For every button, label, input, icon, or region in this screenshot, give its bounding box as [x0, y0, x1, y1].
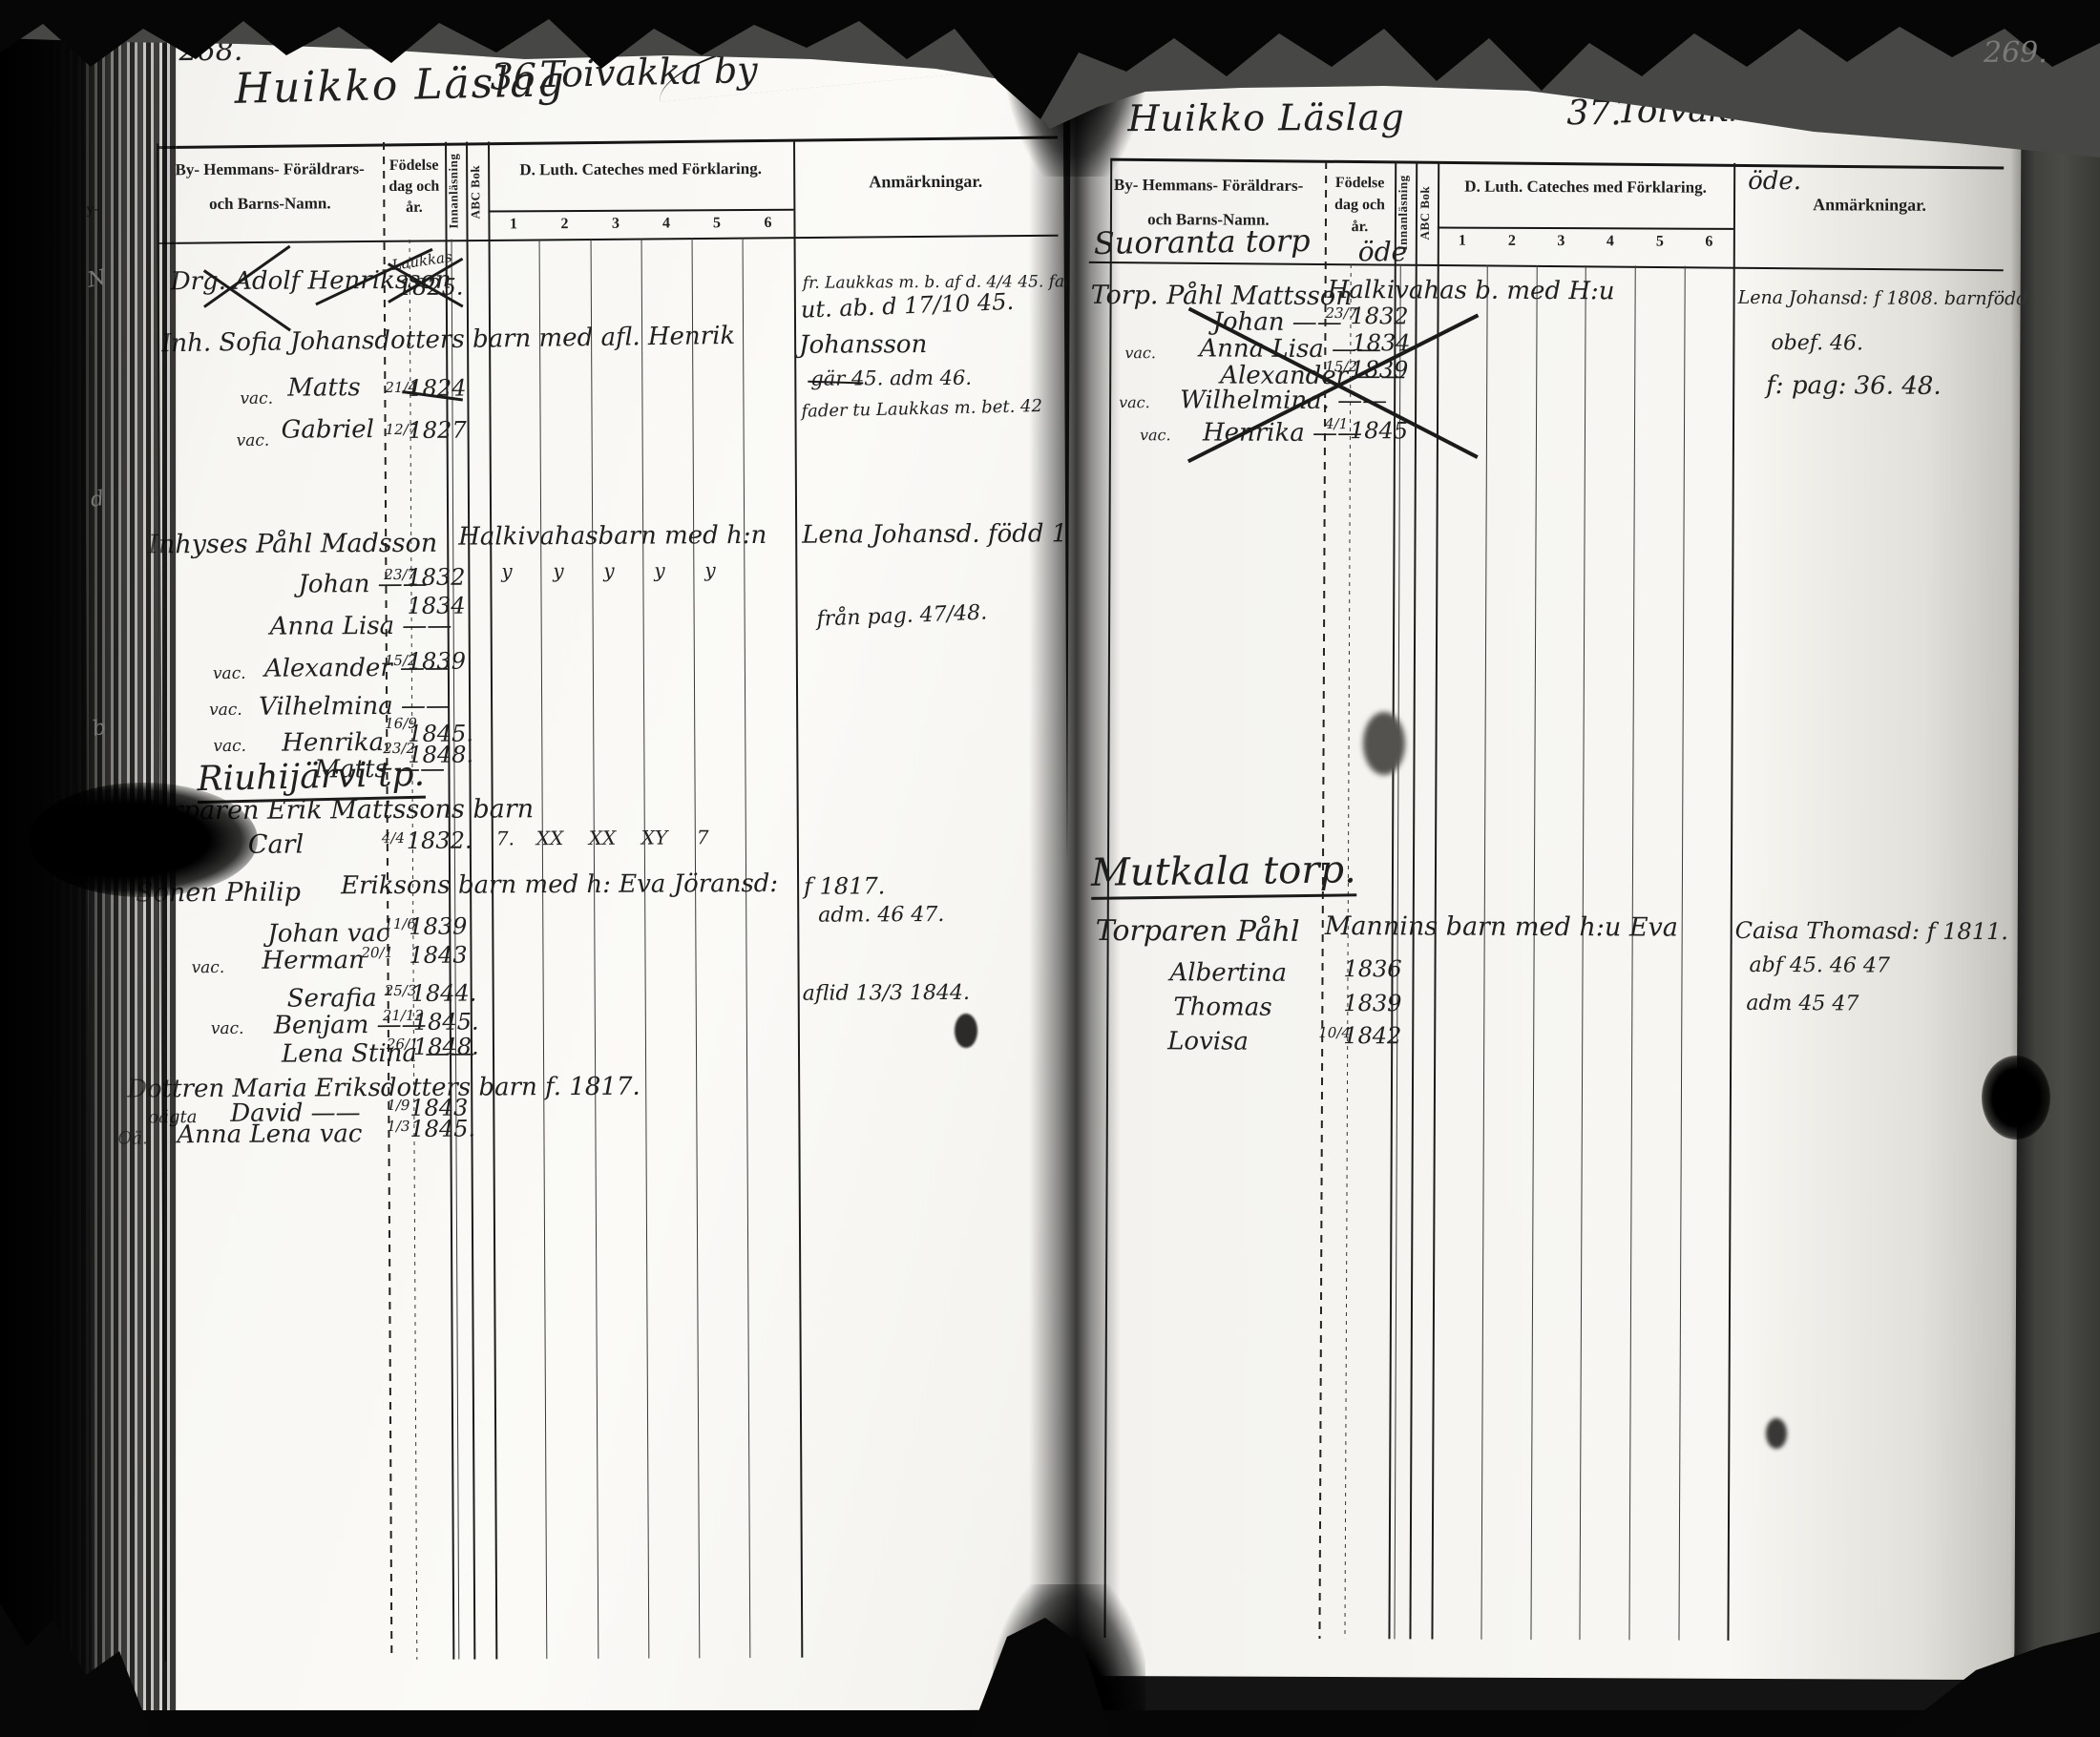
- birth-year: 1834: [407, 593, 465, 619]
- ink-smudge: [1766, 1418, 1787, 1449]
- remark-line: aflid 13/3 1844.: [803, 981, 970, 1006]
- catechism-mark: y: [704, 558, 715, 581]
- birth-year: 1842: [1343, 1022, 1401, 1049]
- catechism-mark: y: [654, 559, 664, 582]
- table-rule: [488, 141, 497, 1659]
- child-name: Matts: [287, 373, 361, 402]
- remark-line: f 1817.: [804, 872, 885, 899]
- catechism-col-1: 1: [488, 216, 538, 233]
- entry-continuation: Mannins barn med h:u Eva: [1325, 911, 1678, 943]
- catechism-mark: XX: [589, 827, 617, 849]
- child-prefix: vac.: [213, 737, 246, 756]
- catechism-col-4: 4: [640, 215, 691, 232]
- header-bottom-rule: [157, 235, 1059, 244]
- birth-year: 1839: [1350, 356, 1408, 383]
- remark-line: adm 45 47: [1746, 992, 1858, 1016]
- birth-year: 1844.: [411, 980, 477, 1007]
- table-rule: [1530, 265, 1537, 1640]
- page-number: 269.: [1984, 36, 2047, 70]
- birth-year: 1836: [1343, 955, 1401, 982]
- child-prefix: vac.: [240, 389, 273, 408]
- right-page: Huikko Läslag 37. Toivakka by By- Hemman…: [1063, 53, 2021, 1680]
- birth-year: 1832.: [407, 827, 472, 854]
- table-rule: [1431, 162, 1439, 1640]
- birth-year: 1839: [409, 913, 467, 940]
- remark-line: adm. 46 47.: [818, 903, 944, 928]
- entry-name: Torp. Påhl Mattsson: [1091, 281, 1353, 311]
- remark-line: abf 45. 46 47: [1749, 953, 1889, 978]
- remark-line: Caisa Thomasd: f 1811.: [1735, 917, 2008, 945]
- right-scan-edge: [2010, 0, 2100, 1737]
- header-bottom-rule: [1089, 262, 2004, 271]
- column-header-birth-3: år.: [383, 199, 445, 217]
- child-name: Anna Lena vac: [177, 1120, 362, 1149]
- catechism-col-2: 2: [538, 216, 590, 233]
- remark-line: från pag. 47/48.: [816, 601, 987, 632]
- entry-name: Torparen Påhl: [1096, 914, 1300, 949]
- child-name: Lovisa: [1167, 1027, 1249, 1056]
- child-name: Serafia: [287, 984, 377, 1013]
- child-prefix: vac.: [191, 958, 224, 977]
- table-rule: [539, 239, 548, 1659]
- birth-year: 1845.: [413, 1009, 479, 1036]
- section-note: Suoranta torp: [1094, 222, 1311, 262]
- entry-continuation: Halkivahas b. med H:u: [1328, 276, 1615, 305]
- table-rule: [1727, 163, 1735, 1641]
- table-rule: [1480, 265, 1487, 1640]
- birth-day: 4/1: [1325, 415, 1348, 432]
- catechism-col-3: 3: [1537, 233, 1585, 250]
- table-rule: [1579, 265, 1585, 1640]
- catechism-col-6: 6: [742, 215, 793, 232]
- catechism-col-5: 5: [691, 215, 742, 232]
- remark-line: gär 45. adm 46.: [810, 366, 972, 390]
- book-gutter-shadow: [1029, 0, 1121, 1737]
- child-prefix: vac.: [237, 431, 270, 450]
- section-title: Mutkala torp.: [1091, 848, 1356, 900]
- catechism-mark: 7.: [496, 827, 514, 849]
- birth-year: 1839: [408, 648, 466, 675]
- table-rule: [743, 238, 751, 1658]
- catechism-col-1: 1: [1438, 233, 1487, 250]
- catechism-mark: 7: [697, 826, 709, 848]
- table-rule: [1409, 161, 1417, 1639]
- birth-day: 1/3: [387, 1118, 409, 1135]
- remark-line: fader tu Laukkas m. bet. 42: [801, 396, 1042, 422]
- ink-blob: [29, 783, 258, 897]
- section-note-ode: öde: [1358, 236, 1408, 267]
- table-rule: [793, 140, 803, 1658]
- remark-line: f: pag: 36. 48.: [1766, 371, 1942, 401]
- table-rule: [1628, 265, 1635, 1640]
- table-rule: [641, 239, 650, 1659]
- remark-line: ut. ab. d 17/10 45.: [800, 288, 1014, 324]
- catechism-mark: y: [501, 559, 512, 582]
- entry-name: Inhyses Påhl Madsson: [148, 529, 437, 560]
- table-rule: [466, 142, 475, 1660]
- birth-year: 1832: [407, 564, 465, 591]
- table-rule: [692, 238, 701, 1658]
- ink-smudge: [1363, 712, 1405, 775]
- child-name: Albertina: [1169, 958, 1287, 988]
- catechism-col-2: 2: [1487, 233, 1537, 250]
- birth-year: 1839: [1343, 990, 1401, 1016]
- catechism-mark: XX: [536, 827, 564, 849]
- birth-year: 1843: [409, 942, 467, 969]
- birth-year: 1845.: [409, 1116, 475, 1142]
- ink-smudge: [955, 1014, 977, 1048]
- table-rule: [1678, 266, 1685, 1641]
- catechism-col-4: 4: [1585, 233, 1635, 250]
- table-rule: [445, 142, 454, 1660]
- birth-day: 4/4: [382, 829, 405, 847]
- child-prefix: vac.: [209, 701, 242, 720]
- catechism-underline: [1438, 227, 1733, 230]
- birth-day: 20/1: [361, 944, 393, 961]
- child-prefix: vac.: [211, 1019, 244, 1038]
- ink-blob: [1982, 1056, 2050, 1140]
- child-name: Herman: [262, 946, 365, 975]
- child-name: Thomas: [1173, 993, 1271, 1021]
- torn-bottom-edge: [0, 1603, 2100, 1737]
- catechism-col-6: 6: [1685, 234, 1733, 251]
- child-name: Vilhelmina ——: [259, 692, 451, 722]
- entry-continuation: Halkivahasbarn med h:n: [458, 521, 766, 552]
- child-prefix: vac.: [1140, 426, 1171, 444]
- column-header-birth-3: år.: [1325, 219, 1395, 236]
- entry-continuation: Eriksons barn med h: Eva Jöransd:: [341, 869, 778, 900]
- remark-line: Johansson: [799, 330, 927, 360]
- birth-day: 1/9: [387, 1097, 409, 1114]
- child-name: Gabriel: [282, 415, 375, 445]
- child-prefix: vac.: [1124, 344, 1156, 362]
- birth-year: 1832: [1350, 303, 1408, 329]
- entry-line: Inh. Sofia Johansdotters barn med afl. H…: [161, 322, 735, 358]
- catechism-col-5: 5: [1635, 233, 1685, 250]
- table-rule: [1344, 264, 1351, 1639]
- catechism-mark: y: [553, 559, 563, 582]
- child-prefix: vac.: [213, 664, 246, 683]
- catechism-underline: [488, 209, 793, 213]
- catechism-mark: XY: [641, 827, 668, 849]
- table-rule: [383, 142, 392, 1660]
- birth-year: 1845: [1350, 417, 1408, 444]
- catechism-col-3: 3: [590, 216, 640, 233]
- catechism-mark: y: [603, 559, 614, 582]
- remark-line: obef. 46.: [1771, 331, 1863, 355]
- entry-line: Dottren Maria Eriksdotters barn f. 1817.: [127, 1073, 640, 1104]
- birth-year: 1827: [409, 417, 467, 444]
- torn-top-edge: [0, 0, 2100, 200]
- table-rule: [591, 239, 599, 1659]
- child-name: Henrika: [282, 728, 384, 758]
- scanned-register-spread: 268. Huikko Läslag 36. Toivakka by y- By…: [0, 0, 2100, 1737]
- birth-year: 1848.: [413, 1034, 479, 1060]
- child-prefix: vac.: [1119, 393, 1150, 411]
